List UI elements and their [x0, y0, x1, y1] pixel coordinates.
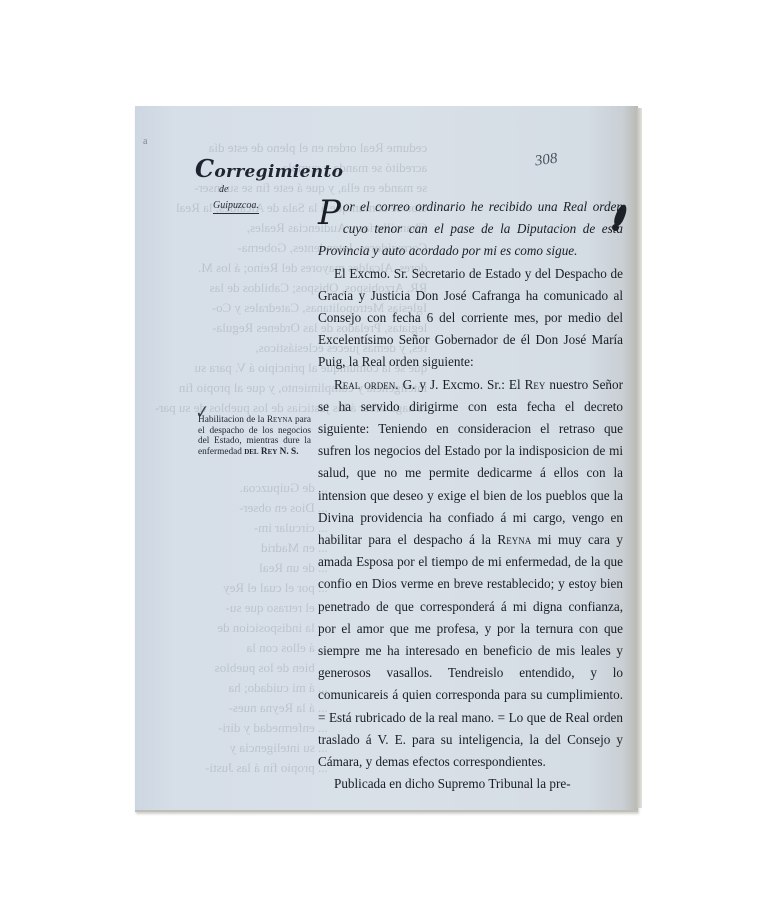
- body-text: Por el correo ordinario he recibido una …: [318, 196, 623, 795]
- bleed-line: ... en Madrid: [205, 538, 328, 558]
- paragraph-2-text: mi muy cara y amada Esposa por el tiempo…: [318, 532, 623, 769]
- bleed-line: ... á la Reyna nues-: [205, 698, 328, 718]
- reyna-smallcaps: Reyna: [497, 532, 531, 547]
- intro-text: or el correo ordinario he recibido una R…: [318, 199, 623, 258]
- real-orden-lead: Real orden.: [334, 377, 399, 392]
- paragraph-2-text: G. y J. Excmo. Sr.: El: [399, 377, 525, 392]
- bleed-line: ... Dios en obser-: [205, 498, 328, 518]
- header-title-rest: orregimiento: [214, 162, 343, 182]
- paragraph-2-text: nuestro Señor se ha servido dirigirme co…: [318, 377, 623, 547]
- bleed-line: ... de un Real: [205, 558, 328, 578]
- bleed-line: ... bien de los pueblos: [205, 658, 328, 678]
- paragraph-1: El Excmo. Sr. Secretario de Estado y del…: [318, 263, 623, 374]
- intro-paragraph: Por el correo ordinario he recibido una …: [318, 196, 623, 263]
- bleed-line: ... propio fin á las Justi-: [205, 758, 328, 778]
- bleed-line: ... el retraso que su-: [205, 598, 328, 618]
- bleed-line: ... á ellos con la: [205, 638, 328, 658]
- margin-note: Habilitacion de la Reyna para el despach…: [198, 415, 311, 457]
- page-edge: [636, 108, 642, 808]
- document-page: cedume Real orden en el pleno de este dí…: [135, 106, 638, 812]
- bleed-line: ... su inteligencia y: [205, 738, 328, 758]
- bleed-line: ... la indisposicion de: [205, 618, 328, 638]
- bleed-line: ... enfermedad y diri-: [205, 718, 328, 738]
- header-province: Guipuzcoa.: [213, 200, 259, 214]
- rey-smallcaps: Rey: [525, 377, 546, 392]
- corner-mark: a: [143, 136, 147, 147]
- header-title: Corregimiento: [195, 154, 343, 183]
- bleed-line: ... de Guipuzcoa.: [205, 478, 328, 498]
- handwritten-number: 308: [534, 151, 559, 171]
- bleed-line: ... circular im-: [205, 518, 328, 538]
- bleed-through-text-bottom: ... de Guipuzcoa. ... Dios en obser- ...…: [205, 478, 328, 778]
- paragraph-3: Publicada en dicho Supremo Tribunal la p…: [318, 773, 623, 795]
- header-title-initial: C: [195, 154, 214, 183]
- header-de: de: [219, 184, 228, 195]
- bleed-line: ... por el cual el Rey: [205, 578, 328, 598]
- margin-note-reyna: Reyna: [267, 415, 293, 425]
- bleed-line: ... á mi cuidado; ha: [205, 678, 328, 698]
- margin-note-text: Habilitacion de la: [198, 415, 267, 425]
- margin-note-rey: del Rey N. S.: [244, 447, 298, 457]
- drop-cap: P: [318, 198, 341, 228]
- paragraph-2: Real orden. G. y J. Excmo. Sr.: El Rey n…: [318, 374, 623, 774]
